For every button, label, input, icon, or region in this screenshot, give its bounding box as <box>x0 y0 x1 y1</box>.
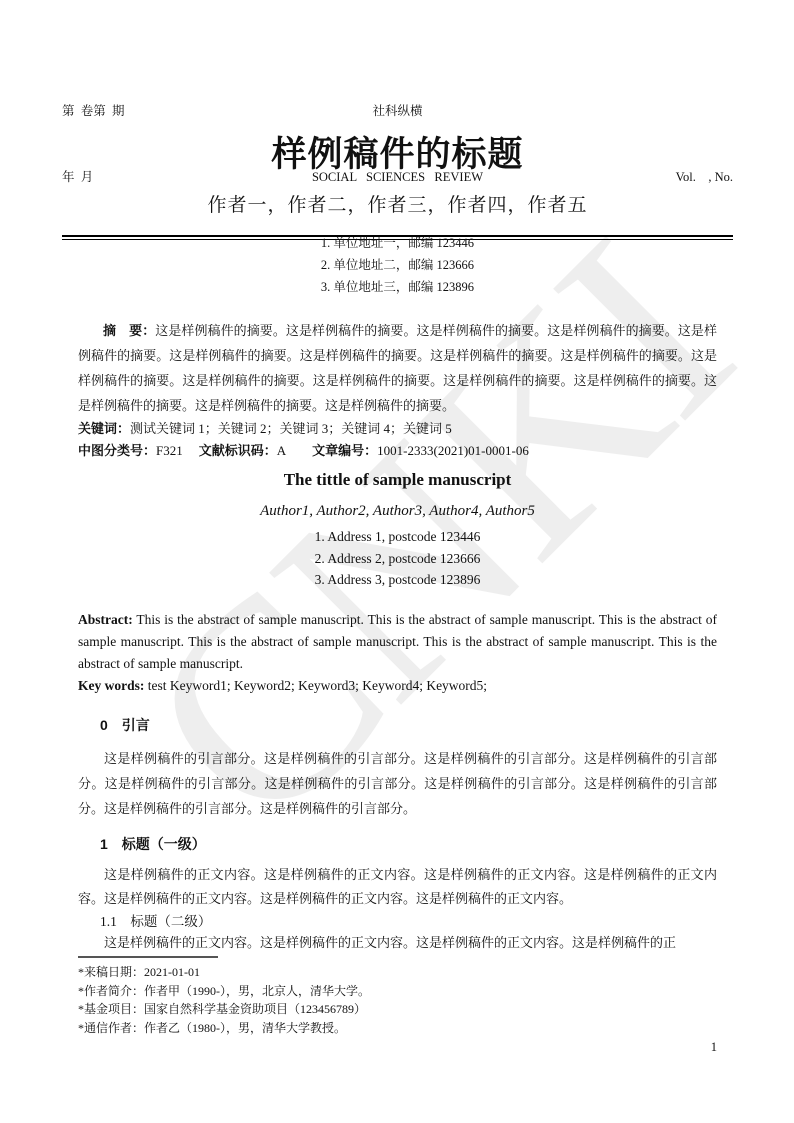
abstract-text-cn: 这是样例稿件的摘要。这是样例稿件的摘要。这是样例稿件的摘要。这是样例稿件的摘要。… <box>78 323 717 413</box>
footnote-area: *来稿日期：2021-01-01 *作者简介：作者甲（1990-），男，北京人，… <box>78 956 717 1037</box>
page-number: 1 <box>78 1040 717 1055</box>
affiliation-cn-1: 1. 单位地址一，邮编 123446 <box>78 232 717 254</box>
section-paragraph-introduction: 这是样例稿件的引言部分。这是样例稿件的引言部分。这是样例稿件的引言部分。这是样例… <box>78 746 717 821</box>
abstract-label-en: Abstract: <box>78 612 133 627</box>
section-paragraph-level2: 这是样例稿件的正文内容。这是样例稿件的正文内容。这是样例稿件的正文内容。这是样例… <box>78 932 717 953</box>
abstract-label-cn: 摘 要： <box>103 323 155 338</box>
affiliation-en-3: 3. Address 3, postcode 123896 <box>78 569 717 591</box>
section-paragraph-level1: 这是样例稿件的正文内容。这是样例稿件的正文内容。这是样例稿件的正文内容。这是样例… <box>78 863 717 911</box>
affiliations-cn: 1. 单位地址一，邮编 123446 2. 单位地址二，邮编 123666 3.… <box>78 232 717 298</box>
section-heading-introduction: 0 引言 <box>78 714 717 736</box>
abstract-paragraph-en: Abstract: This is the abstract of sample… <box>78 609 717 675</box>
section-heading-level2: 1.1 标题（二级） <box>78 911 717 932</box>
clc-line: 中图分类号：F321文献标识码：A文章编号：1001-2333(2021)01-… <box>78 441 717 461</box>
clc-label: 中图分类号： <box>78 443 156 458</box>
keywords-label-cn: 关键词： <box>78 421 130 436</box>
footnote-author-bio: *作者简介：作者甲（1990-），男，北京人，清华大学。 <box>78 982 717 1001</box>
header-volume-issue: 第 卷第 期 <box>62 100 232 122</box>
affiliation-en-1: 1. Address 1, postcode 123446 <box>78 526 717 548</box>
journal-name-cn: 社科纵横 <box>232 100 563 122</box>
title-block: 样例稿件的标题 作者一，作者二，作者三，作者四，作者五 1. 单位地址一，邮编 … <box>78 132 717 298</box>
doc-code-value: A <box>277 443 286 458</box>
keywords-text-cn: 测试关键词 1；关键词 2；关键词 3；关键词 4；关键词 5 <box>130 421 452 436</box>
keywords-line-en: Key words: test Keyword1; Keyword2; Keyw… <box>78 675 717 697</box>
abstract-block-cn: 摘 要：这是样例稿件的摘要。这是样例稿件的摘要。这是样例稿件的摘要。这是样例稿件… <box>78 318 717 461</box>
footnote-separator-rule <box>78 956 218 958</box>
footnote-funding: *基金项目：国家自然科学基金资助项目（123456789） <box>78 1000 717 1019</box>
abstract-text-en: This is the abstract of sample manuscrip… <box>78 612 717 671</box>
article-id-label: 文章编号： <box>312 443 377 458</box>
body-sections: 0 引言 这是样例稿件的引言部分。这是样例稿件的引言部分。这是样例稿件的引言部分… <box>78 714 717 953</box>
article-title-en: The tittle of sample manuscript <box>78 468 717 492</box>
section-heading-level1: 1 标题（一级） <box>78 833 717 855</box>
affiliation-cn-3: 3. 单位地址三，邮编 123896 <box>78 276 717 298</box>
footnote-corresponding-author: *通信作者：作者乙（1980-），男，清华大学教授。 <box>78 1019 717 1038</box>
article-title-cn: 样例稿件的标题 <box>78 132 717 178</box>
keywords-text-en: test Keyword1; Keyword2; Keyword3; Keywo… <box>144 678 487 693</box>
affiliation-en-2: 2. Address 2, postcode 123666 <box>78 548 717 570</box>
doc-code-label: 文献标识码： <box>199 443 277 458</box>
abstract-paragraph-cn: 摘 要：这是样例稿件的摘要。这是样例稿件的摘要。这是样例稿件的摘要。这是样例稿件… <box>78 318 717 418</box>
footnote-received-date: *来稿日期：2021-01-01 <box>78 963 717 982</box>
manuscript-page: CNKI 第 卷第 期 年 月 社科纵横 SOCIAL SCIENCES REV… <box>0 0 794 1123</box>
clc-value: F321 <box>156 443 183 458</box>
keywords-label-en: Key words: <box>78 678 144 693</box>
authors-en: Author1, Author2, Author3, Author4, Auth… <box>78 500 717 522</box>
authors-cn: 作者一，作者二，作者三，作者四，作者五 <box>78 194 717 218</box>
article-id-value: 1001-2333(2021)01-0001-06 <box>377 443 529 458</box>
affiliations-en: 1. Address 1, postcode 123446 2. Address… <box>78 526 717 591</box>
keywords-line-cn: 关键词：测试关键词 1；关键词 2；关键词 3；关键词 4；关键词 5 <box>78 419 717 439</box>
affiliation-cn-2: 2. 单位地址二，邮编 123666 <box>78 254 717 276</box>
english-block: The tittle of sample manuscript Author1,… <box>78 468 717 697</box>
